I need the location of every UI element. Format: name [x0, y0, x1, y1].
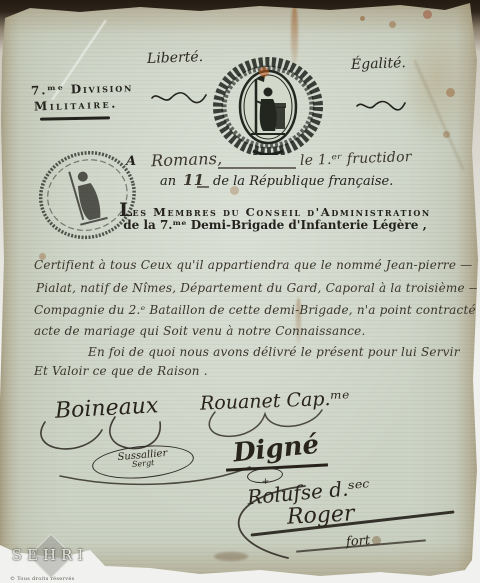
- dateline-dash: [218, 167, 296, 169]
- stain: [398, 14, 473, 144]
- paper-sheet: Liberté. Égalité. 7.ᵐᵉ Division Militair…: [0, 0, 480, 583]
- watermark-text: SEHRI: [4, 546, 96, 564]
- body-line: acte de mariage qui Soit venu à notre Co…: [34, 324, 366, 338]
- flourish-under-egalite-icon: [355, 99, 407, 112]
- body-line: Certifient à tous Ceux qu'il appartiendr…: [34, 258, 472, 272]
- division-underline: [40, 116, 110, 120]
- copyright-text: © Tous droits réservés: [10, 576, 75, 582]
- egalite-text: Égalité.: [351, 55, 406, 73]
- signature-fort: fort: [346, 533, 371, 550]
- dateline-prefix: A: [126, 154, 136, 169]
- body-line: Et Valoir ce que de Raison .: [34, 364, 208, 378]
- dateline-place: Romans,: [151, 149, 223, 170]
- stain: [360, 16, 365, 21]
- liberte-text: Liberté.: [147, 49, 204, 67]
- dateline-republic: de la République française.: [213, 174, 393, 189]
- title-line2: de la 7.ᵐᵉ Demi-Brigade d'Infanterie Lég…: [105, 218, 445, 232]
- body-line: En foi de quoi nous avons délivré le pré…: [88, 345, 460, 359]
- sehri-watermark: SEHRI: [4, 536, 96, 576]
- dateline-date: le 1.ᵉʳ fructidor: [300, 149, 412, 169]
- dateline-an: an: [160, 174, 176, 189]
- photo-background: Liberté. Égalité. 7.ᵐᵉ Division Militair…: [0, 0, 480, 583]
- title-rest: es Membres du Conseil d'Administration: [133, 205, 431, 219]
- body-line: Compagnie du 2.ᵉ Bataillon de cette demi…: [34, 303, 480, 317]
- year-underline: [197, 186, 209, 188]
- body-line: Pialat, natif de Nîmes, Département du G…: [36, 281, 480, 295]
- laurel-wreath-emblem-icon: [213, 55, 323, 159]
- division-line2: Militaire.: [34, 97, 118, 114]
- flourish-under-liberte-icon: [150, 90, 208, 104]
- division-line1: 7.ᵐᵉ Division: [31, 80, 134, 98]
